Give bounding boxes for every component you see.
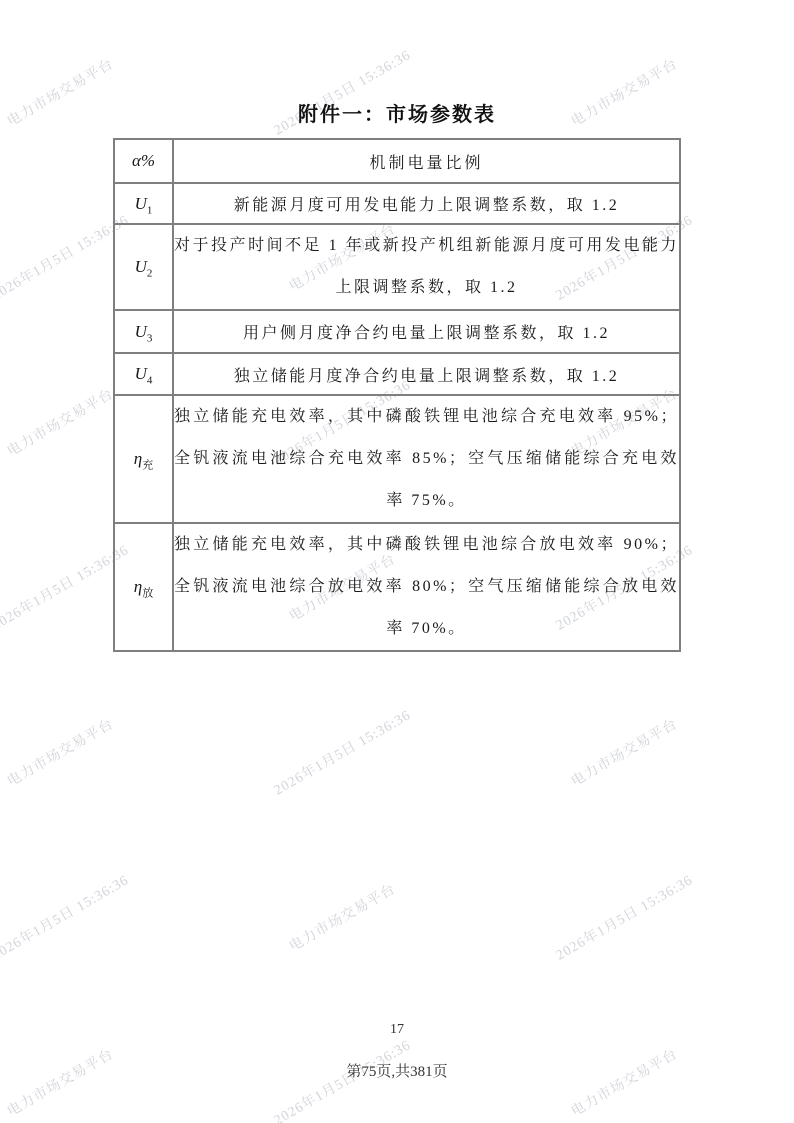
page-title: 附件一：市场参数表 [0,98,794,127]
param-symbol: U1 [114,183,173,224]
watermark-timestamp-text: 2026年1月5日 15:36:36 [0,870,132,965]
watermark-platform-text: 电力市场交易平台 [285,878,399,955]
param-description: 独立储能充电效率，其中磷酸铁锂电池综合充电效率 95%；全钒液流电池综合充电效率… [173,395,680,523]
table-row: U2 对于投产时间不足 1 年或新投产机组新能源月度可用发电能力上限调整系数，取… [114,224,680,310]
param-subscript: 2 [147,267,153,279]
table-row: η放 独立储能充电效率，其中磷酸铁锂电池综合放电效率 90%；全钒液流电池综合放… [114,523,680,651]
param-description: 独立储能月度净合约电量上限调整系数，取 1.2 [173,353,680,395]
param-symbol: U3 [114,310,173,353]
param-symbol-letter: U [135,364,147,383]
watermark-platform-text: 电力市场交易平台 [3,1043,117,1120]
table-header-row: α% 机制电量比例 [114,139,680,183]
param-subscript: 4 [147,374,153,386]
page-number: 17 [0,1022,794,1038]
footer-page-indicator: 第75页,共381页 [0,1060,794,1081]
param-symbol: η放 [114,523,173,651]
table-row: η充 独立储能充电效率，其中磷酸铁锂电池综合充电效率 95%；全钒液流电池综合充… [114,395,680,523]
param-symbol: U4 [114,353,173,395]
market-parameters-table: α% 机制电量比例 U1 新能源月度可用发电能力上限调整系数，取 1.2 U2 … [113,138,681,652]
param-description: 对于投产时间不足 1 年或新投产机组新能源月度可用发电能力上限调整系数，取 1.… [173,224,680,310]
table-row: U4 独立储能月度净合约电量上限调整系数，取 1.2 [114,353,680,395]
param-subscript: 充 [142,459,153,471]
param-symbol-letter: η [134,577,142,596]
param-symbol: η充 [114,395,173,523]
param-symbol-letter: η [134,449,142,468]
watermark-platform-text: 电力市场交易平台 [3,383,117,460]
watermark-platform-text: 电力市场交易平台 [567,713,681,790]
watermark-platform-text: 电力市场交易平台 [567,1043,681,1120]
param-symbol-letter: U [135,194,147,213]
header-param-label: α% [132,151,155,170]
param-description: 用户侧月度净合约电量上限调整系数，取 1.2 [173,310,680,353]
watermark-timestamp-text: 2026年1月5日 15:36:36 [270,705,414,800]
table-row: U3 用户侧月度净合约电量上限调整系数，取 1.2 [114,310,680,353]
param-subscript: 3 [147,332,153,344]
param-description: 独立储能充电效率，其中磷酸铁锂电池综合放电效率 90%；全钒液流电池综合放电效率… [173,523,680,651]
table-row: U1 新能源月度可用发电能力上限调整系数，取 1.2 [114,183,680,224]
param-symbol: U2 [114,224,173,310]
document-page: 电力市场交易平台2026年1月5日 15:36:36电力市场交易平台2026年1… [0,0,794,1123]
param-symbol-letter: U [135,322,147,341]
param-description: 新能源月度可用发电能力上限调整系数，取 1.2 [173,183,680,224]
header-desc-label: 机制电量比例 [173,139,680,183]
watermark-timestamp-text: 2026年1月5日 15:36:36 [552,870,696,965]
param-symbol-letter: U [135,257,147,276]
param-subscript: 1 [147,204,153,216]
watermark-platform-text: 电力市场交易平台 [3,713,117,790]
param-subscript: 放 [142,587,153,599]
header-param-cell: α% [114,139,173,183]
